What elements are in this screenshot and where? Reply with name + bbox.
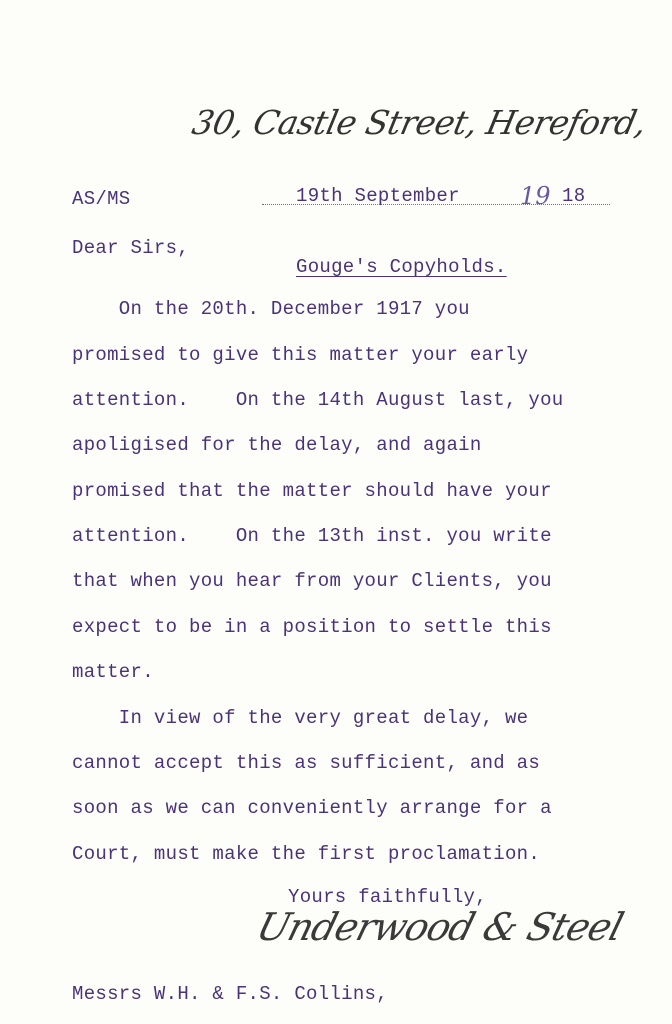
reference-code: AS/MS [72, 190, 131, 209]
body-line: promised that the matter should have you… [72, 482, 552, 501]
body-line: On the 20th. December 1917 you [72, 300, 470, 319]
subject-line: Gouge's Copyholds. [296, 258, 507, 277]
body-line: soon as we can conveniently arrange for … [72, 799, 552, 818]
body-line: promised to give this matter your early [72, 346, 528, 365]
body-line: In view of the very great delay, we [72, 709, 528, 728]
salutation: Dear Sirs, [72, 239, 189, 258]
body-line: that when you hear from your Clients, yo… [72, 572, 552, 591]
body-line: expect to be in a position to settle thi… [72, 618, 552, 637]
letter-page: 30, Castle Street, Hereford, AS/MS 19th … [0, 0, 672, 1024]
letter-date: 19th September [296, 187, 460, 206]
body-line: apoligised for the delay, and again [72, 436, 482, 455]
body-line: attention. On the 13th inst. you write [72, 527, 552, 546]
letterhead-address: 30, Castle Street, Hereford, [189, 103, 650, 142]
signature: Underwood & Steel [252, 905, 627, 949]
body-line: Court, must make the first proclamation. [72, 845, 540, 864]
body-line: matter. [72, 663, 154, 682]
date-year-typed: 18 [562, 187, 585, 206]
date-year-handwritten: 19 [520, 182, 551, 210]
body-line: cannot accept this as sufficient, and as [72, 754, 540, 773]
body-line: attention. On the 14th August last, you [72, 391, 563, 410]
addressee: Messrs W.H. & F.S. Collins, [72, 985, 388, 1004]
